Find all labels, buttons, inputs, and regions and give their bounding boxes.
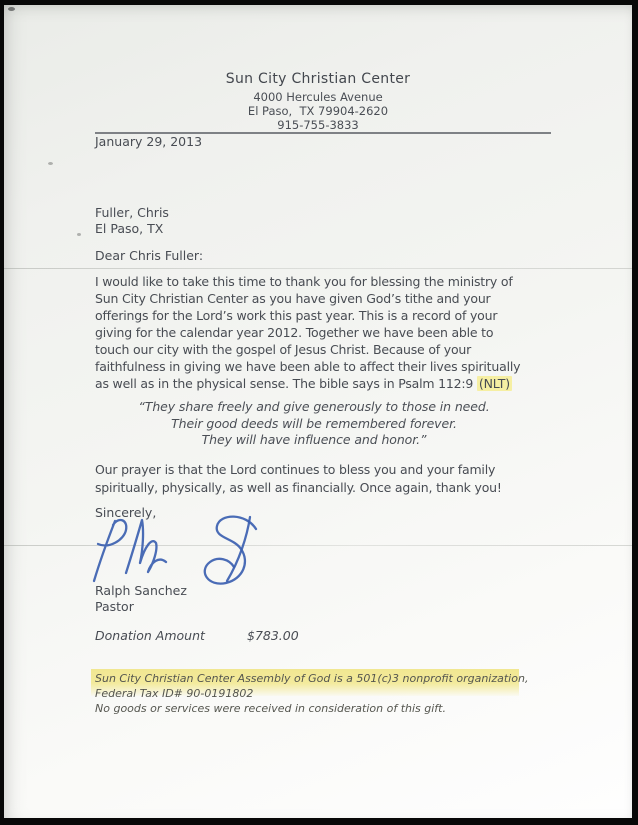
letter-paper: Sun City Christian Center 4000 Hercules … — [4, 5, 632, 818]
signer-title: Pastor — [95, 599, 187, 615]
signature-scribble — [88, 509, 273, 589]
salutation: Dear Chris Fuller: — [95, 248, 203, 263]
footer-line-1: Sun City Christian Center Assembly of Go… — [95, 671, 528, 686]
letter-date: January 29, 2013 — [95, 134, 202, 149]
paper-crease-upper — [4, 268, 632, 269]
org-address-line2: El Paso, TX 79904-2620 — [4, 104, 632, 118]
donation-row: Donation Amount$783.00 — [95, 628, 299, 643]
recipient-block: Fuller, Chris El Paso, TX — [95, 205, 169, 236]
paragraph-1-last-line: as well as in the physical sense. The bi… — [95, 375, 520, 392]
scanned-letter: Sun City Christian Center 4000 Hercules … — [0, 0, 638, 825]
donation-amount: $783.00 — [247, 628, 299, 643]
donation-label: Donation Amount — [95, 628, 247, 643]
recipient-name: Fuller, Chris — [95, 205, 169, 221]
body-paragraph-1: I would like to take this time to thank … — [95, 273, 520, 392]
signature-stroke-tail — [227, 517, 250, 581]
signature-stroke-p — [94, 520, 126, 581]
recipient-city: El Paso, TX — [95, 221, 169, 237]
footer-line-2: Federal Tax ID# 90-0191802 — [95, 686, 528, 701]
org-name: Sun City Christian Center — [4, 71, 632, 87]
scripture-quote: “They share freely and give generously t… — [4, 399, 624, 449]
footer-disclaimer: Sun City Christian Center Assembly of Go… — [95, 671, 528, 717]
org-phone: 915-755-3833 — [4, 118, 632, 132]
body-paragraph-2: Our prayer is that the Lord continues to… — [95, 461, 502, 496]
paper-speck — [77, 233, 81, 236]
footer-line-3: No goods or services were received in co… — [95, 701, 528, 716]
signer-block: Ralph Sanchez Pastor — [95, 583, 187, 614]
signer-name: Ralph Sanchez — [95, 583, 187, 599]
paper-speck — [48, 162, 53, 165]
paragraph-1-lines: I would like to take this time to thank … — [95, 273, 520, 375]
paper-speck — [8, 7, 15, 11]
psalm-reference-text: as well as in the physical sense. The bi… — [95, 376, 477, 391]
psalm-highlight: (NLT) — [477, 376, 512, 391]
signature-stroke-h — [126, 520, 166, 573]
org-address-line1: 4000 Hercules Avenue — [4, 90, 632, 104]
letterhead: Sun City Christian Center 4000 Hercules … — [4, 71, 632, 132]
